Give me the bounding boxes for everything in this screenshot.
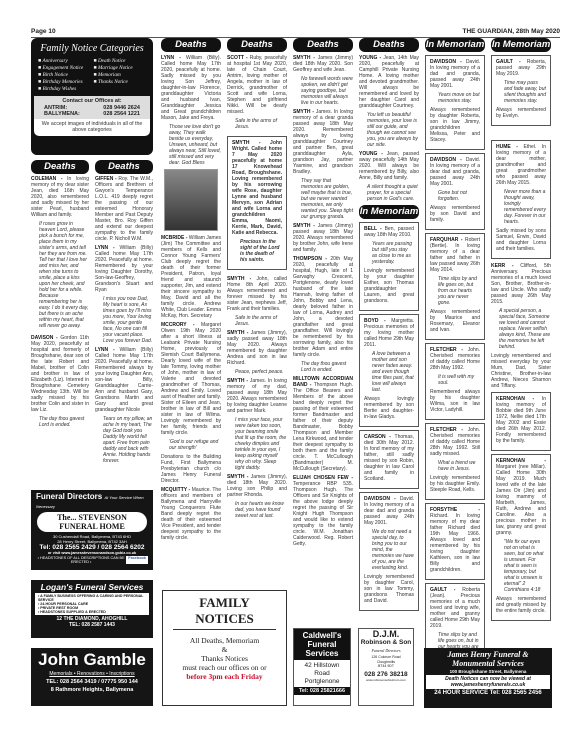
page-header: Page 10 THE GUARDIAN, 28th May 2020 (31, 28, 560, 38)
category-item: Thanks Notice (94, 79, 147, 85)
categories-list: Anniversary Death Notice Engagement Noti… (34, 58, 150, 92)
notice-davidson: DAVIDSON - David. In loving memory of a … (425, 153, 485, 230)
notice-verse: I miss your face, your were taken too so… (227, 417, 287, 471)
column-2: GIFFEN - Roy. The W.M., Officers and Bre… (95, 176, 153, 467)
notice-smyth: SMYTH - John, called Home 8th April 2020… (227, 276, 287, 312)
notice-smyth: SMYTH - James (Jimmy) died 18th May 2020… (293, 55, 353, 73)
column-6: YOUNG - Jean, 14th May 2020, peacefully … (359, 55, 419, 611)
notice-kerr: KERR - Clifford, 5th Anniversary. Precio… (491, 263, 551, 305)
ad-headstones: • HEADSTONES OF ALL DESCRIPTIONS CAN BE … (36, 556, 126, 564)
family-notices-line: & (167, 645, 282, 654)
ad-phone: Tel: 028 25821666 (294, 687, 350, 695)
notice-verse: I miss you now Dad, My heart is sore, As… (95, 296, 153, 344)
notice-verse: Those we love don't go away, They walk b… (161, 124, 221, 166)
ad-phone: 028 276 38218 (359, 671, 413, 678)
notice-fletcher: FLETCHER - John. Cherished memories of d… (425, 423, 485, 500)
caldwell-funeral-ad: Caldwell'sFuneralServices 42 HillstownRo… (293, 628, 351, 706)
notice-smyth: SMYTH - James. In loving memory of my da… (227, 378, 287, 414)
notice-kernohan: KERNOHAN - Margaret (nee Millar). Called… (491, 454, 551, 621)
ad-services: • A FAMILY BUSINESS OFFERING A CARING AN… (35, 593, 149, 615)
section-header-deaths: Deaths (31, 160, 89, 174)
notice-verse: A special person, a special face, Someon… (491, 308, 551, 350)
ad-address: 8 Rathmore Heights, Ballymena (34, 687, 150, 693)
paper-date: THE GUARDIAN, 28th May 2020 (462, 28, 560, 35)
notice-lynn: LYNN - William (Billy). Called home May … (161, 55, 221, 121)
notice-mcquitty: MCQUITTY - Maurice. The officers and mem… (161, 487, 221, 541)
column-3: LYNN - William (Billy). Called home May … (161, 55, 221, 544)
stevenson-funeral-ad: Funeral Directors At Your Service When N… (31, 490, 153, 570)
family-notices-box: FAMILY NOTICES All Deaths, Memoriam & Th… (162, 590, 287, 706)
ballymena-label: BALLYMENA: (44, 111, 80, 117)
notice-young: YOUNG - Jean, 14th May 2020, peacefully … (359, 55, 419, 109)
notice-gault: GAULT - Roberta, passed away 29th May 20… (491, 55, 551, 126)
notice-davison: DAVISON - Gordon 11th May 2020, peaceful… (31, 335, 89, 413)
notice-young: YOUNG - Jean, passed away peacefully 14t… (359, 151, 419, 181)
section-header-deaths: Deaths (293, 38, 353, 52)
notice-smyth: SMYTH - James. In loving memory of a dea… (293, 109, 353, 175)
notice-verse: A silent thought a quiet prayer, for a s… (359, 184, 419, 202)
john-gamble-ad: John Gamble Memorials • Renovations • In… (31, 648, 153, 706)
notice-lynn: LYNN - William (Billy) Called home May 1… (95, 347, 153, 413)
family-notice-categories: Family Notice Categories Anniversary Dea… (31, 38, 153, 155)
notice-verse: The day thou gavest Lord is ended. (31, 416, 89, 428)
category-item: Marriage Notice (94, 65, 147, 71)
categories-title: Family Notice Categories (34, 43, 150, 54)
notice-davidson: DAVIDSON - David. In loving memory of a … (425, 55, 485, 150)
notice-scott: SCOTT - Ruby, peacefully at hospital 1st… (227, 55, 287, 115)
notice-giffen: GIFFEN - Roy. The W.M., Officers and Bre… (95, 176, 153, 242)
column-1: COLEMAN - In loving memory of my dear si… (31, 176, 89, 431)
section-header-deaths: Deaths (95, 160, 153, 174)
notice-forsythe: FORSYTHE - Richard. In loving memory of … (425, 503, 485, 580)
notice-verse: No farewell words were spoken, we didn't… (293, 76, 353, 106)
notice-verse: 'God is our refuge and our strength' (161, 439, 221, 451)
notice-bell: BELL - Ben, passed away 18th May 2010.Ye… (359, 222, 419, 311)
notice-davidson: DAVIDSON - David. In loving memory of a … (359, 492, 419, 611)
facebook-icon[interactable]: Facebook (126, 556, 148, 564)
ad-phone: Tel: 028 2565 2429 / 028 2564 6202 (33, 544, 151, 551)
column-4: SCOTT - Ruby, peacefully at hospital 1st… (227, 55, 287, 522)
section-header-deaths: Deaths (359, 38, 419, 52)
ad-phone: TEL: 028 2587 1443 (33, 622, 151, 628)
notice-boyd: BOYD - Margretta. Precious memories of m… (359, 314, 419, 427)
notice-farquhar: FARQUHAR - Robert (Bertie). In loving me… (425, 233, 485, 340)
notice-smyth-boxed: SMYTH - John Wright. Called home 7 May 2… (227, 136, 287, 270)
ad-subtitle: Memorials • Renovations • Inscriptions (34, 671, 150, 677)
family-notices-line: All Deaths, Memoriam (167, 636, 282, 645)
djm-robinson-ad: D.J.M. Robinson & Son Funeral Directors … (358, 628, 414, 706)
notice-donations: Donations to the Building Fund, First Ba… (161, 454, 221, 484)
notice-thompson: THOMPSON - 20th May 2020, peacefully at … (293, 256, 353, 358)
column-7: DAVIDSON - David. In loving memory of a … (425, 55, 485, 684)
notice-lynn: LYNN - William (Billy) Called home May 1… (95, 245, 153, 293)
notice-verse: They say that memories are golden, well … (293, 178, 353, 220)
notice-kernohan: KERNOHAN - In loving memory of Bobbie di… (491, 392, 551, 451)
ad-title: John Gamble (34, 651, 150, 669)
notice-family: Lovingly remembered and missed everyday … (491, 353, 551, 389)
ad-logo: The... STEVENSON FUNERAL HOME (37, 512, 147, 532)
ad-phone: TEL: 028 2564 3419 / 07775 950 144 (34, 679, 150, 685)
column-5: SMYTH - James (Jimmy) died 18th May 2020… (293, 55, 353, 550)
ad-website[interactable]: or visit www.jamesstevensonandson.gobiz.… (33, 551, 151, 555)
notice-carson: CARSON - Thomas, died 30th May 2012. In … (359, 430, 419, 489)
images-note: We accept images of individuals in all o… (34, 119, 150, 136)
notice-verse: Safe in the arms of Jesus. (227, 315, 287, 327)
notice-verse: Peace, perfect peace. (227, 369, 287, 375)
category-item: Birth Notice (38, 72, 91, 78)
category-item: Engagement Notice (38, 65, 91, 71)
portrait-photo (164, 169, 218, 231)
section-header-deaths: Deaths (161, 38, 221, 52)
ad-website[interactable]: www.robinsonsofculcrum.com (359, 678, 413, 682)
notice-smyth: SMYTH - James (Jimmy), sadly passed away… (227, 330, 287, 366)
category-item: Birthday Memories (38, 79, 91, 85)
notice-verse: You left us beautiful memories, your lov… (359, 112, 419, 148)
notice-coleman: COLEMAN - In loving memory of my dear si… (31, 176, 89, 218)
section-header-deaths: Deaths (227, 38, 287, 52)
notice-elijah: ELIJAH CHOSEN FEW - Temperance RBP 535. … (293, 475, 353, 547)
column-8: GAULT - Roberta, passed away 29th May 20… (491, 55, 551, 621)
notice-verse: Precious in the sight of the Lord is the… (232, 239, 282, 263)
ad-title: Logan's Funeral Services (33, 582, 151, 592)
notice-verse: The day thou gavest Lord is ended. (293, 361, 353, 373)
notice-milltown: MILLTOWN ACCORDIAN BAND - Thompson Hugh.… (293, 376, 353, 472)
notice-verse: If roses grow in heaven Lord, please pic… (31, 221, 89, 329)
notice-verse: Tears on my pillow, an ache In my heart,… (95, 416, 153, 464)
ad-phone: 24 HOUR SERVICE Tel: 028 2565 2456 (426, 690, 550, 696)
section-header-memoriam: In Memoriam (425, 38, 485, 52)
ballymena-phone: 028 2564 1221 (103, 111, 140, 117)
family-notices-line: Thanks Notices (167, 654, 282, 663)
page-number: Page 10 (31, 28, 56, 35)
notice-fletcher: FLETCHER - John. Cherished memories of d… (425, 343, 485, 420)
category-item: Anniversary (38, 58, 91, 64)
logan-funeral-ad: Logan's Funeral Services • A FAMILY BUSI… (31, 580, 153, 638)
family-notices-line: must reach our offices on or (167, 663, 282, 672)
category-item: Death Notice (94, 58, 147, 64)
family-notices-title: FAMILY NOTICES (173, 595, 276, 630)
notice-mcbride: MCBRIDE - William James (Jim) The Commit… (161, 235, 221, 319)
category-item: Memoriam (94, 72, 147, 78)
category-item: Birthday Wishes (38, 86, 91, 92)
notice-smyth: SMYTH - James (Jimmy) passed away 18th M… (293, 223, 353, 253)
contact-offices: Contact our Offices at: ANTRIM:028 9446 … (34, 96, 150, 119)
family-notices-deadline: before 3pm each Friday (167, 672, 282, 681)
notice-mccrory: MCCRORY - Margaret Olwen 19th May 2020 a… (161, 322, 221, 436)
section-header-memoriam: In Memoriam (359, 205, 419, 219)
notice-hume: HUME - Ethel. In loving memory of a dear… (491, 140, 551, 259)
section-header-memoriam: In Memoriam (491, 38, 551, 52)
james-henry-ad: James Henry Funeral & Monumental Service… (424, 648, 552, 708)
ad-band: Funeral Directors (36, 492, 102, 501)
notice-verse: Safe in the arms of Jesus. (227, 118, 287, 130)
contact-heading: Contact our Offices at: (44, 98, 140, 104)
notice-smyth: SMYTH - James (Jimmy), died 18th May 202… (227, 474, 287, 498)
notice-verse: In our hearts we know dad, you have foun… (227, 501, 287, 519)
